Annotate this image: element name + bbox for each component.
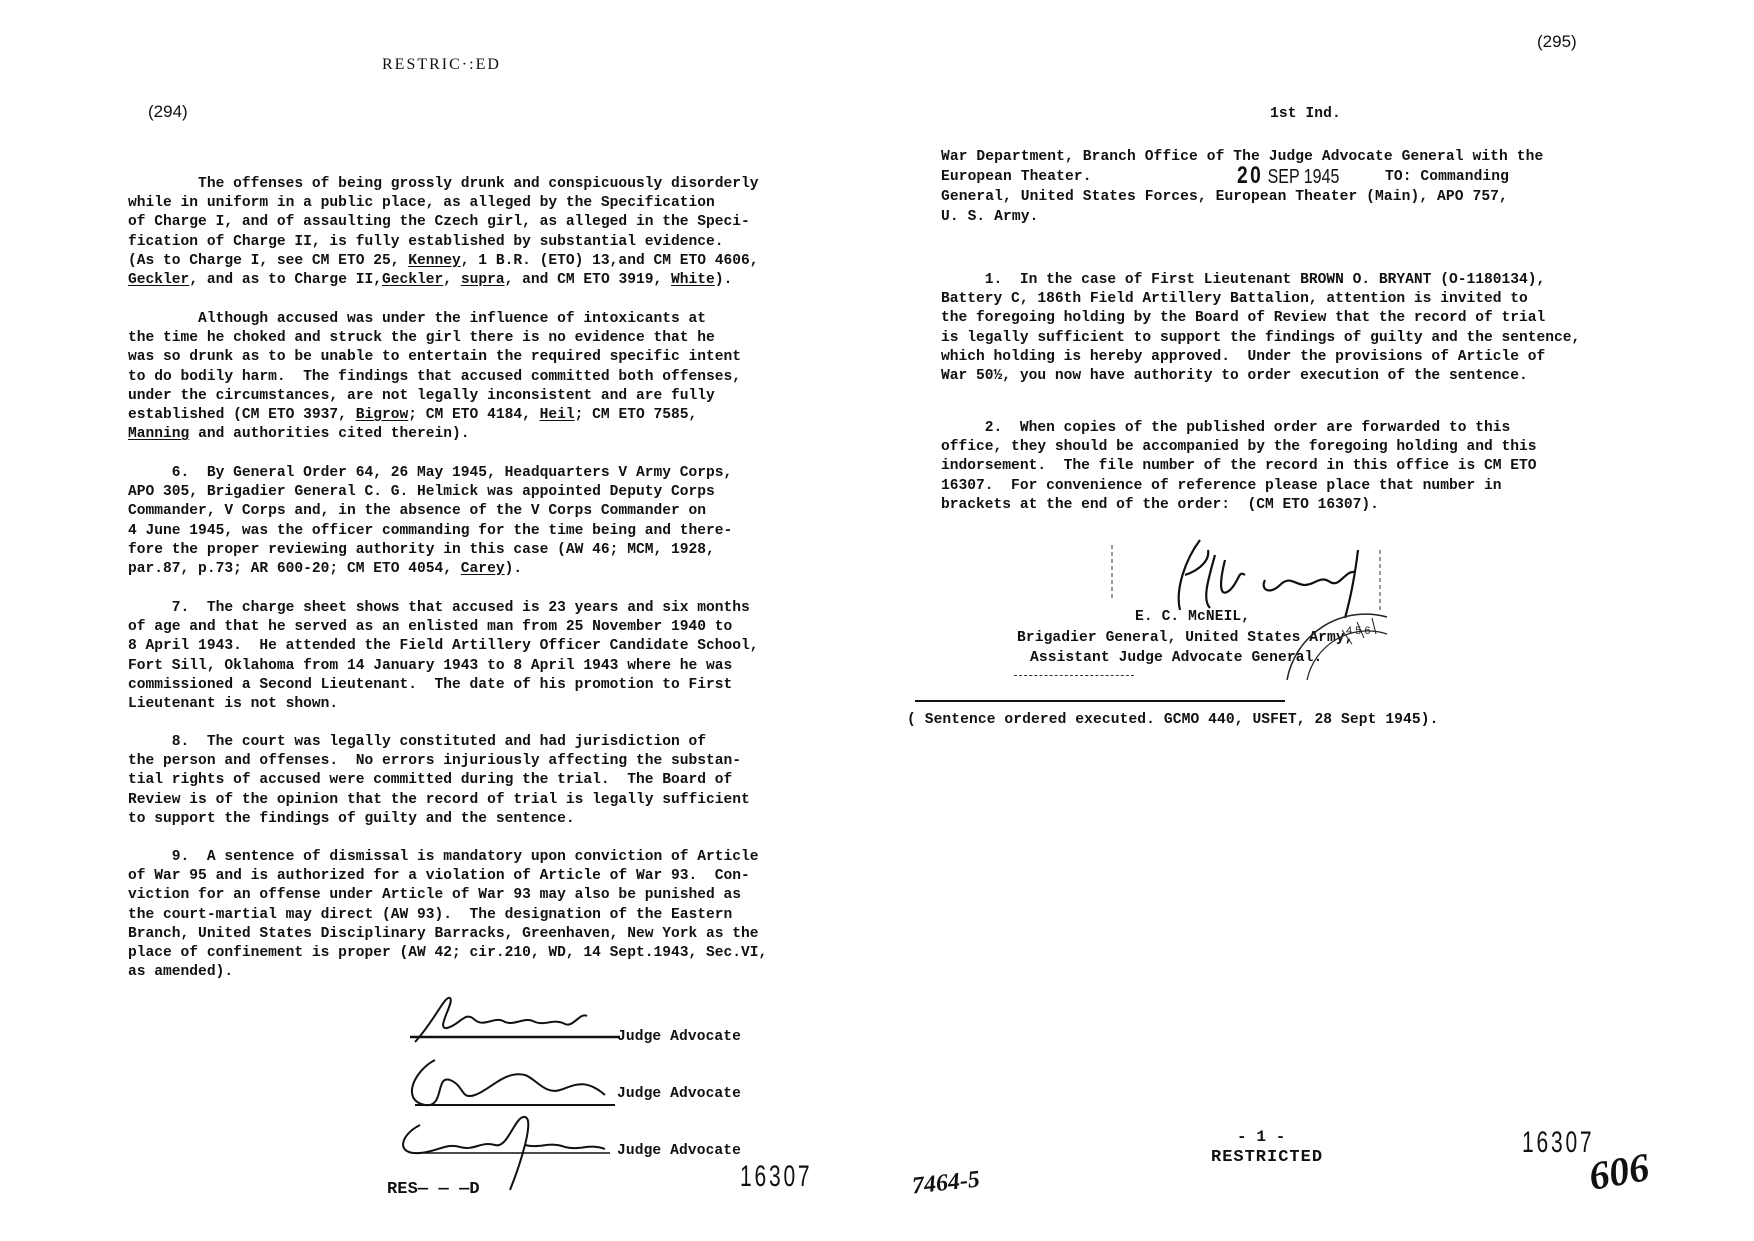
paragraph-intoxicants: Although accused was under the influence… bbox=[128, 310, 741, 444]
text-line: to support the findings of guilty and th… bbox=[128, 810, 750, 829]
text-line: 1. In the case of First Lieutenant BROWN… bbox=[941, 271, 1580, 290]
text-line: place of confinement is proper (AW 42; c… bbox=[128, 944, 767, 963]
signature-judge-advocate-1 bbox=[405, 990, 625, 1046]
text-line: The offenses of being grossly drunk and … bbox=[128, 175, 759, 194]
text-line: indorsement. The file number of the reco… bbox=[941, 457, 1537, 476]
paragraph-7: 7. The charge sheet shows that accused i… bbox=[128, 599, 759, 714]
text-line: as amended). bbox=[128, 963, 767, 982]
text-line: 7. The charge sheet shows that accused i… bbox=[128, 599, 759, 618]
signature-role-2: Judge Advocate bbox=[617, 1086, 741, 1102]
text-line: 4 June 1945, was the officer commanding … bbox=[128, 522, 732, 541]
date-stamp-day: 20 bbox=[1237, 162, 1263, 189]
text-line: fore the proper reviewing authority in t… bbox=[128, 541, 732, 560]
text-line: par.87, p.73; AR 600-20; CM ETO 4054, Ca… bbox=[128, 560, 732, 579]
text-line: Geckler, and as to Charge II,Geckler, su… bbox=[128, 271, 759, 290]
paragraph-6: 6. By General Order 64, 26 May 1945, Hea… bbox=[128, 464, 732, 579]
sentence-executed-note: ( Sentence ordered executed. GCMO 440, U… bbox=[907, 712, 1438, 728]
file-number-stamp: 16307 bbox=[740, 1160, 812, 1194]
signature-judge-advocate-2 bbox=[395, 1050, 625, 1110]
handwritten-number: 606 bbox=[1585, 1143, 1652, 1200]
address-line-3: General, United States Forces, European … bbox=[941, 189, 1508, 205]
text-line: 6. By General Order 64, 26 May 1945, Hea… bbox=[128, 464, 732, 483]
to-addressee: TO: Commanding bbox=[1385, 169, 1509, 185]
restricted-footer: RESTRICTED bbox=[1211, 1148, 1323, 1167]
text-line: 8. The court was legally constituted and… bbox=[128, 733, 750, 752]
divider bbox=[915, 700, 1285, 702]
address-line-4: U. S. Army. bbox=[941, 209, 1038, 225]
page-footer-number: - 1 - bbox=[1237, 1128, 1286, 1146]
text-line: brackets at the end of the order: (CM ET… bbox=[941, 496, 1537, 515]
restricted-footer: RES— — —D bbox=[387, 1180, 480, 1199]
signature-role-3: Judge Advocate bbox=[617, 1143, 741, 1159]
received-stamp: 4 5 6 bbox=[1282, 612, 1392, 687]
text-line: established (CM ETO 3937, Bigrow; CM ETO… bbox=[128, 406, 741, 425]
text-line: which holding is hereby approved. Under … bbox=[941, 348, 1580, 367]
text-line: Fort Sill, Oklahoma from 14 January 1943… bbox=[128, 657, 759, 676]
address-line-2: European Theater. bbox=[941, 169, 1092, 185]
text-line: (As to Charge I, see CM ETO 25, Kenney, … bbox=[128, 252, 759, 271]
text-line: Battery C, 186th Field Artillery Battali… bbox=[941, 290, 1580, 309]
text-line: viction for an offense under Article of … bbox=[128, 886, 767, 905]
text-line: to do bodily harm. The findings that acc… bbox=[128, 368, 741, 387]
signatory-name: E. C. McNEIL, bbox=[1135, 609, 1250, 625]
paragraph-offenses: The offenses of being grossly drunk and … bbox=[128, 175, 759, 290]
text-line: 8 April 1943. He attended the Field Arti… bbox=[128, 637, 759, 656]
text-line: while in uniform in a public place, as a… bbox=[128, 194, 759, 213]
text-line: 16307. For convenience of reference plea… bbox=[941, 477, 1537, 496]
paragraph-9: 9. A sentence of dismissal is mandatory … bbox=[128, 848, 767, 982]
text-line: the time he choked and struck the girl t… bbox=[128, 329, 741, 348]
text-line: Lieutenant is not shown. bbox=[128, 695, 759, 714]
right-page: (295) 1st Ind. War Department, Branch Of… bbox=[877, 0, 1754, 1241]
divider-short bbox=[1014, 675, 1134, 676]
signature-role-1: Judge Advocate bbox=[617, 1029, 741, 1045]
text-line: under the circumstances, are not legally… bbox=[128, 387, 741, 406]
text-line: office, they should be accompanied by th… bbox=[941, 438, 1537, 457]
text-line: fication of Charge II, is fully establis… bbox=[128, 233, 759, 252]
text-line: 2. When copies of the published order ar… bbox=[941, 419, 1537, 438]
text-line: APO 305, Brigadier General C. G. Helmick… bbox=[128, 483, 732, 502]
text-line: War 50½, you now have authority to order… bbox=[941, 367, 1580, 386]
text-line: Branch, United States Disciplinary Barra… bbox=[128, 925, 767, 944]
text-line: Commander, V Corps and, in the absence o… bbox=[128, 502, 732, 521]
signature-mcneil bbox=[1090, 530, 1390, 620]
page-number: (294) bbox=[148, 102, 188, 122]
paragraph-8: 8. The court was legally constituted and… bbox=[128, 733, 750, 829]
text-line: of age and that he served as an enlisted… bbox=[128, 618, 759, 637]
text-line: tial rights of accused were committed du… bbox=[128, 771, 750, 790]
file-number-stamp: 16307 bbox=[1522, 1126, 1594, 1160]
text-line: the court-martial may direct (AW 93). Th… bbox=[128, 906, 767, 925]
text-line: Review is of the opinion that the record… bbox=[128, 791, 750, 810]
date-stamp-month-year: SEP 1945 bbox=[1268, 166, 1340, 188]
text-line: was so drunk as to be unable to entertai… bbox=[128, 348, 741, 367]
left-page: RESTRIC·:ED (294) The offenses of being … bbox=[0, 0, 877, 1241]
text-line: of War 95 and is authorized for a violat… bbox=[128, 867, 767, 886]
signatory-title-2: Assistant Judge Advocate General. bbox=[1030, 650, 1322, 666]
indorsement-paragraph-1: 1. In the case of First Lieutenant BROWN… bbox=[941, 271, 1580, 386]
indorsement-title: 1st Ind. bbox=[1270, 106, 1341, 122]
indorsement-paragraph-2: 2. When copies of the published order ar… bbox=[941, 419, 1537, 515]
text-line: commissioned a Second Lieutenant. The da… bbox=[128, 676, 759, 695]
restricted-header: RESTRIC·:ED bbox=[382, 56, 501, 74]
page-number: (295) bbox=[1537, 32, 1577, 52]
text-line: the foregoing holding by the Board of Re… bbox=[941, 309, 1580, 328]
text-line: Although accused was under the influence… bbox=[128, 310, 741, 329]
text-line: 9. A sentence of dismissal is mandatory … bbox=[128, 848, 767, 867]
date-stamp: 20 SEP 1945 bbox=[1237, 162, 1339, 190]
svg-text:4 5 6: 4 5 6 bbox=[1346, 625, 1370, 637]
text-line: Manning and authorities cited therein). bbox=[128, 425, 741, 444]
text-line: is legally sufficient to support the fin… bbox=[941, 329, 1580, 348]
text-line: of Charge I, and of assaulting the Czech… bbox=[128, 213, 759, 232]
text-line: the person and offenses. No errors injur… bbox=[128, 752, 750, 771]
